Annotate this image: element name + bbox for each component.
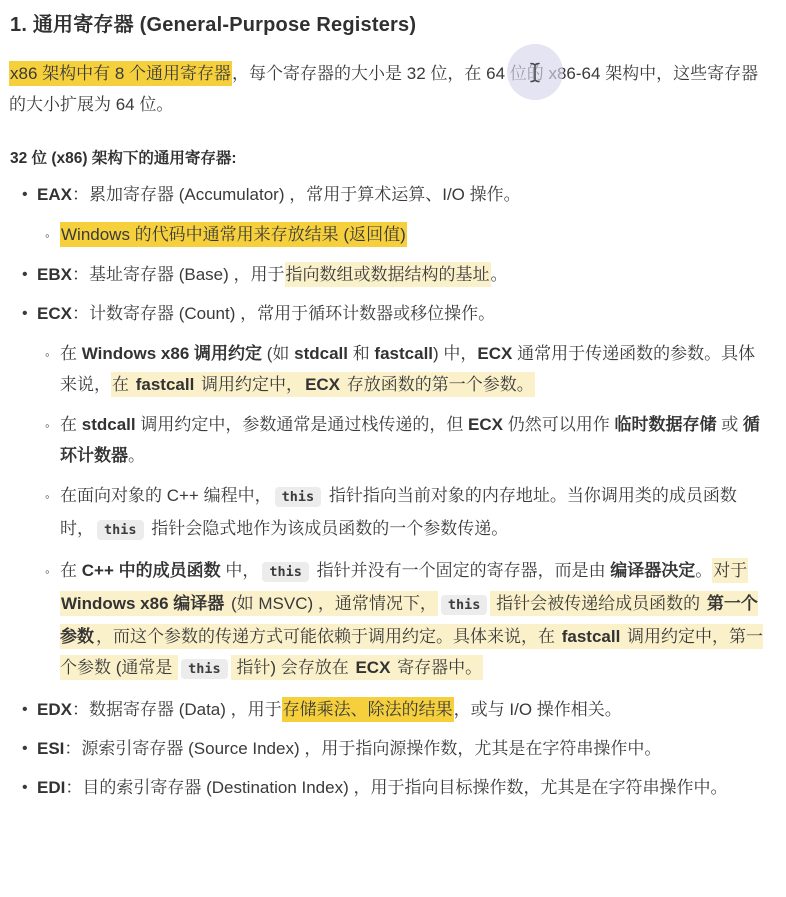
text-segment: ：计数寄存器 (Count) ，常用于循环计数器或移位操作。 — [72, 304, 495, 323]
bullet-icon: • — [22, 259, 37, 290]
text-segment: EDI — [37, 778, 65, 797]
text-segment: 。 — [128, 446, 145, 465]
text-segment: 和 — [348, 344, 374, 363]
highlighted-text: Windows x86 编译器 — [60, 591, 225, 616]
text-segment: 仍然可以用作 — [503, 415, 614, 434]
intro-paragraph: x86 架构中有 8 个通用寄存器，每个寄存器的大小是 32 位，在 64 位的… — [9, 58, 770, 120]
text-segment: 在 — [60, 561, 82, 580]
register-item: •ECX：计数寄存器 (Count) ，常用于循环计数器或移位操作。◦在 Win… — [22, 298, 770, 685]
bullet-icon: ◦ — [45, 556, 60, 587]
list-item-text: 在 Windows x86 调用约定 (如 stdcall 和 fastcall… — [60, 338, 770, 400]
register-item: •EDI：目的索引寄存器 (Destination Index) ，用于指向目标… — [22, 772, 770, 803]
highlighted-text: 指向数组或数据结构的基址 — [285, 262, 491, 287]
register-item: •EBX：基址寄存器 (Base) ，用于指向数组或数据结构的基址。 — [22, 259, 770, 290]
text-segment: 在 — [60, 415, 82, 434]
bullet-icon: • — [22, 772, 37, 803]
register-item: •EAX：累加寄存器 (Accumulator) ，常用于算术运算、I/O 操作… — [22, 179, 770, 250]
list-item-text: EAX：累加寄存器 (Accumulator) ，常用于算术运算、I/O 操作。 — [37, 179, 770, 210]
page-title: 1. 通用寄存器 (General-Purpose Registers) — [10, 10, 770, 40]
text-segment: ) 中， — [433, 344, 477, 363]
text-segment: 。 — [491, 265, 508, 284]
highlighted-text: 存储乘法、除法的结果 — [282, 697, 454, 722]
highlighted-text: ECX — [304, 372, 341, 397]
text-segment: ：数据寄存器 (Data) ，用于 — [72, 700, 282, 719]
highlighted-text: Windows 的代码中通常用来存放结果 (返回值) — [60, 222, 407, 247]
highlighted-text: fastcall — [561, 624, 622, 649]
bullet-icon: • — [22, 298, 37, 329]
list-item-text: ESI：源索引寄存器 (Source Index) ，用于指向源操作数，尤其是在… — [37, 733, 770, 764]
register-sub-item: ◦在 C++ 中的成员函数 中，this 指针并没有一个固定的寄存器，而是由 编… — [45, 555, 770, 685]
bullet-icon: • — [22, 179, 37, 210]
text-segment: 或 — [716, 415, 742, 434]
text-segment: EDX — [37, 700, 72, 719]
text-segment: stdcall — [82, 415, 136, 434]
list-item-text: 在面向对象的 C++ 编程中，this 指针指向当前对象的内存地址。当你调用类的… — [60, 480, 770, 546]
document-body: 1. 通用寄存器 (General-Purpose Registers) x86… — [0, 0, 786, 803]
text-segment: fastcall — [374, 344, 433, 363]
inline-code: this — [97, 520, 144, 540]
text-segment: ECX — [477, 344, 512, 363]
text-segment: 。 — [695, 561, 712, 580]
highlighted-text: 寄存器中。 — [391, 655, 483, 680]
bullet-icon: ◦ — [45, 410, 60, 441]
bullet-icon: • — [22, 694, 37, 725]
list-item-text: EDI：目的索引寄存器 (Destination Index) ，用于指向目标操… — [37, 772, 770, 803]
register-item: •ESI：源索引寄存器 (Source Index) ，用于指向源操作数，尤其是… — [22, 733, 770, 764]
inline-code: this — [275, 487, 322, 507]
text-segment: Windows x86 调用约定 — [82, 344, 262, 363]
text-segment: ECX — [37, 304, 72, 323]
text-segment: EBX — [37, 265, 72, 284]
highlighted-text: fastcall — [135, 372, 196, 397]
text-segment: 调用约定中，参数通常是通过栈传递的，但 — [136, 415, 468, 434]
text-segment: ：基址寄存器 (Base) ，用于 — [72, 265, 285, 284]
text-segment: 中， — [221, 561, 260, 580]
bullet-icon: ◦ — [45, 220, 60, 251]
inline-code: this — [181, 659, 228, 679]
list-item-text: ECX：计数寄存器 (Count) ，常用于循环计数器或移位操作。 — [37, 298, 770, 329]
register-sub-item: ◦Windows 的代码中通常用来存放结果 (返回值) — [45, 219, 770, 250]
register-sub-item: ◦在 Windows x86 调用约定 (如 stdcall 和 fastcal… — [45, 338, 770, 400]
highlighted-text: ECX — [354, 655, 391, 680]
text-segment: EAX — [37, 185, 72, 204]
highlighted-text: ，而这个参数的传递方式可能依赖于调用约定。具体来说，在 — [95, 624, 561, 649]
highlighted-text: (如 MSVC) ，通常情况下， — [225, 591, 438, 616]
text-segment: 编译器决定 — [610, 561, 695, 580]
text-segment: (如 — [262, 344, 294, 363]
text-segment: 指针并没有一个固定的寄存器，而是由 — [312, 561, 610, 580]
bullet-icon: ◦ — [45, 481, 60, 512]
list-item-text: EBX：基址寄存器 (Base) ，用于指向数组或数据结构的基址。 — [37, 259, 770, 290]
highlighted-text: 对于 — [712, 558, 748, 583]
bullet-icon: • — [22, 733, 37, 764]
text-segment: C++ 中的成员函数 — [82, 561, 221, 580]
inline-code: this — [441, 595, 488, 615]
register-list: •EAX：累加寄存器 (Accumulator) ，常用于算术运算、I/O 操作… — [9, 179, 770, 803]
text-segment: 临时数据存储 — [614, 415, 716, 434]
section-subtitle: 32 位 (x86) 架构下的通用寄存器: — [10, 147, 770, 171]
register-sub-item: ◦在 stdcall 调用约定中，参数通常是通过栈传递的，但 ECX 仍然可以用… — [45, 409, 770, 471]
register-sublist: ◦Windows 的代码中通常用来存放结果 (返回值) — [22, 219, 770, 250]
highlighted-text: 在 — [111, 372, 135, 397]
highlighted-text: x86 架构中有 8 个通用寄存器 — [9, 61, 232, 86]
text-segment: ECX — [468, 415, 503, 434]
bullet-icon: ◦ — [45, 339, 60, 370]
register-sub-item: ◦在面向对象的 C++ 编程中，this 指针指向当前对象的内存地址。当你调用类… — [45, 480, 770, 546]
list-item-text: 在 stdcall 调用约定中，参数通常是通过栈传递的，但 ECX 仍然可以用作… — [60, 409, 770, 471]
inline-code: this — [262, 562, 309, 582]
text-segment: ，或与 I/O 操作相关。 — [454, 700, 622, 719]
list-item-text: EDX：数据寄存器 (Data) ，用于存储乘法、除法的结果，或与 I/O 操作… — [37, 694, 770, 725]
register-sublist: ◦在 Windows x86 调用约定 (如 stdcall 和 fastcal… — [22, 338, 770, 685]
highlighted-text: 指针) 会存放在 — [231, 655, 355, 680]
text-segment: ：累加寄存器 (Accumulator) ，常用于算术运算、I/O 操作。 — [72, 185, 521, 204]
highlighted-text: 调用约定中， — [195, 372, 304, 397]
highlighted-text: 指针会被传递给成员函数的 — [490, 591, 705, 616]
text-segment: 在面向对象的 C++ 编程中， — [60, 486, 272, 505]
list-item-text: 在 C++ 中的成员函数 中，this 指针并没有一个固定的寄存器，而是由 编译… — [60, 555, 770, 685]
text-segment: 在 — [60, 344, 82, 363]
text-segment: ESI — [37, 739, 64, 758]
text-segment: stdcall — [294, 344, 348, 363]
text-segment: 指针会隐式地作为该成员函数的一个参数传递。 — [147, 519, 509, 538]
text-segment: ：目的索引寄存器 (Destination Index) ，用于指向目标操作数，… — [65, 778, 727, 797]
register-item: •EDX：数据寄存器 (Data) ，用于存储乘法、除法的结果，或与 I/O 操… — [22, 694, 770, 725]
highlighted-text: 存放函数的第一个参数。 — [341, 372, 535, 397]
list-item-text: Windows 的代码中通常用来存放结果 (返回值) — [60, 219, 770, 250]
text-segment: ：源索引寄存器 (Source Index) ，用于指向源操作数，尤其是在字符串… — [64, 739, 661, 758]
